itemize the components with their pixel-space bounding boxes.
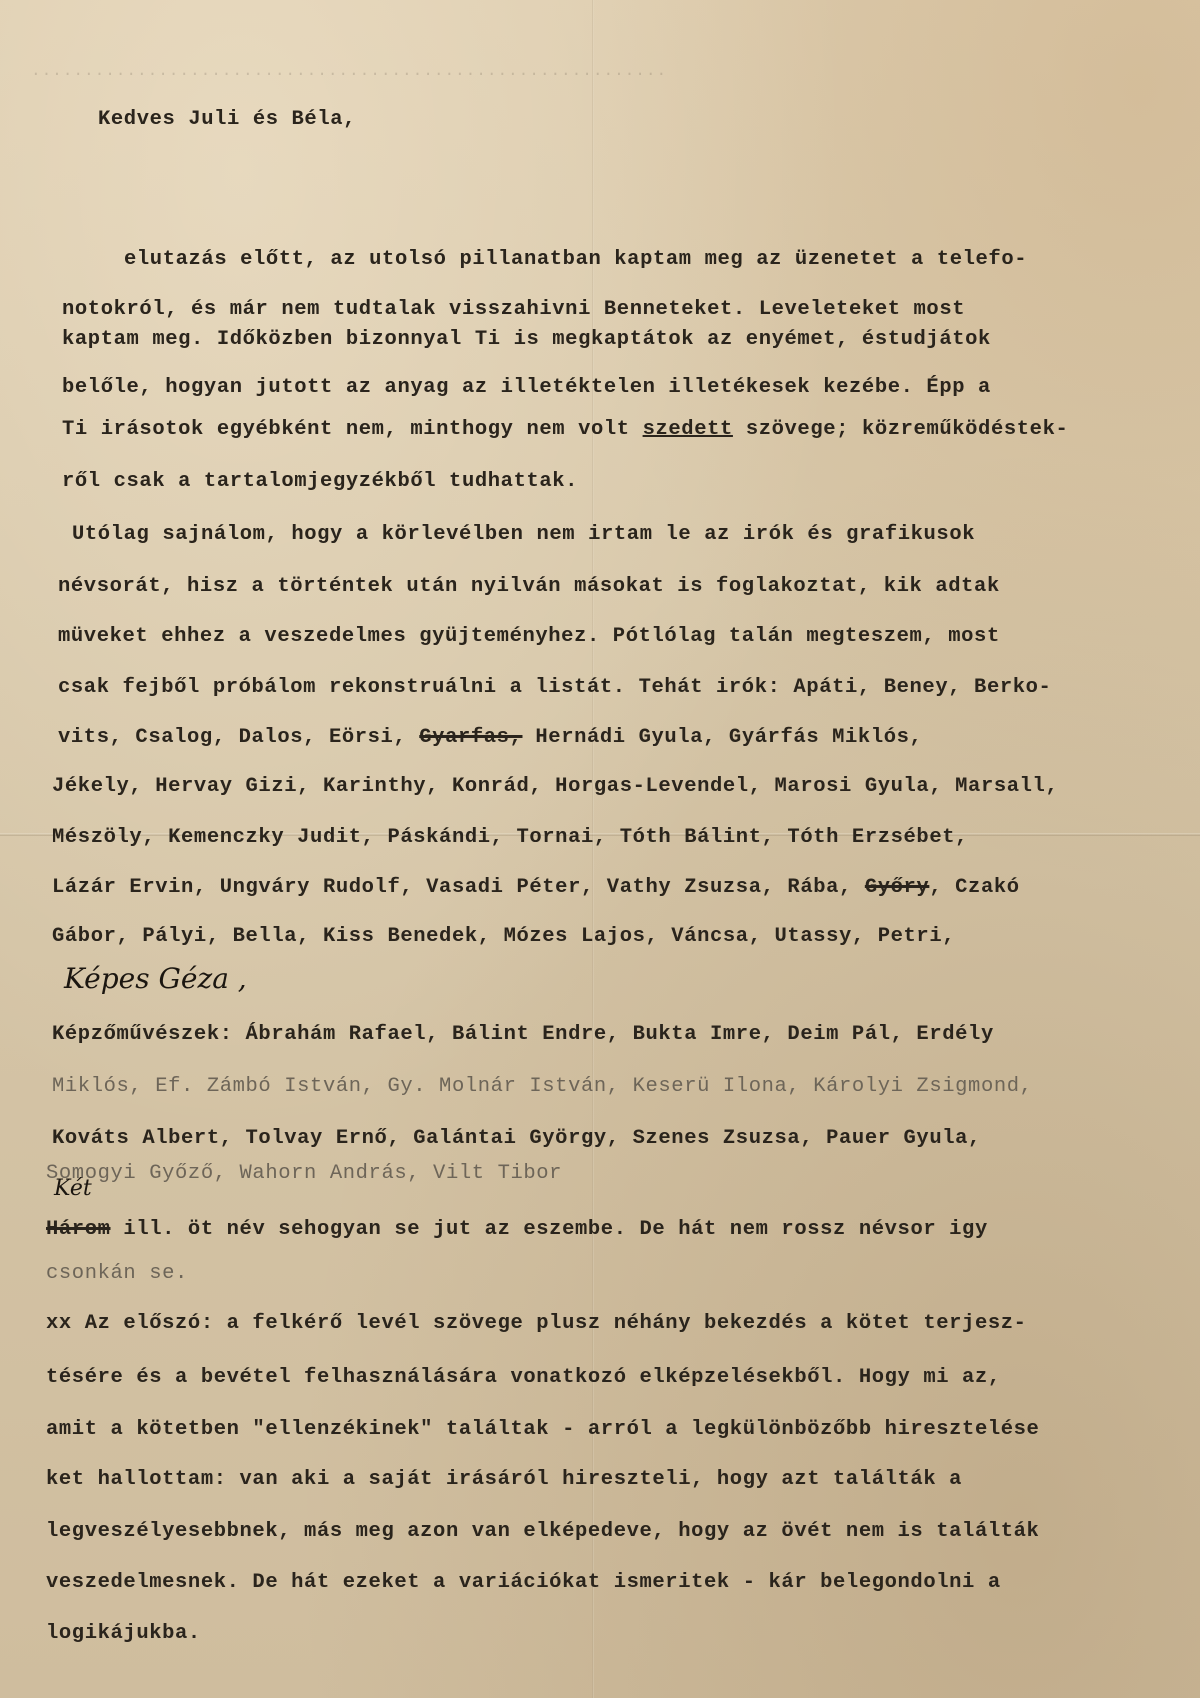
text-line: xx Az előszó: a felkérő levél szövege pl… (46, 1312, 1027, 1335)
text-line: Három ill. öt név sehogyan se jut az esz… (46, 1218, 988, 1241)
text-segment: Lázár Ervin, Ungváry Rudolf, Vasadi Péte… (52, 876, 865, 899)
text-segment: ill. öt név sehogyan se jut az eszembe. … (111, 1218, 988, 1241)
bleed-through-text: ........................................… (30, 62, 666, 80)
salutation: Kedves Juli és Béla, (98, 108, 356, 131)
text-line: csonkán se. (46, 1262, 188, 1285)
struck-word: Győry (865, 876, 930, 899)
text-line: ről csak a tartalomjegyzékből tudhattak. (62, 470, 578, 493)
text-segment: szövege; közreműködéstek- (733, 418, 1068, 441)
text-line: kaptam meg. Időközben bizonnyal Ti is me… (62, 328, 991, 351)
text-line: notokról, és már nem tudtalak visszahivn… (62, 298, 965, 321)
text-segment: Ti irásotok egyébként nem, minthogy nem … (62, 418, 643, 441)
text-line: Ti irásotok egyébként nem, minthogy nem … (62, 418, 1068, 441)
text-line: müveket ehhez a veszedelmes gyüjteményhe… (58, 625, 1000, 648)
text-line: Jékely, Hervay Gizi, Karinthy, Konrád, H… (52, 775, 1058, 798)
text-line: vits, Csalog, Dalos, Eörsi, Gyarfas, Her… (58, 726, 922, 749)
text-line: Mészöly, Kemenczky Judit, Páskándi, Torn… (52, 826, 968, 849)
text-line: Miklós, Ef. Zámbó István, Gy. Molnár Ist… (52, 1075, 1033, 1098)
underlined-word: szedett (643, 418, 733, 441)
text-line: Képzőművészek: Ábrahám Rafael, Bálint En… (52, 1023, 994, 1046)
text-line: veszedelmesnek. De hát ezeket a variáció… (46, 1571, 1001, 1594)
text-segment: vits, Csalog, Dalos, Eörsi, (58, 726, 419, 749)
text-line: legveszélyesebbnek, más meg azon van elk… (46, 1520, 1039, 1543)
handwritten-correction: Két (54, 1176, 92, 1201)
text-line: Somogyi Győző, Wahorn András, Vilt Tibor (46, 1162, 562, 1185)
struck-word: Három (46, 1218, 111, 1241)
text-line: Gábor, Pályi, Bella, Kiss Benedek, Mózes… (52, 925, 955, 948)
text-line: Kováts Albert, Tolvay Ernő, Galántai Gyö… (52, 1127, 981, 1150)
text-line: belőle, hogyan jutott az anyag az illeté… (62, 376, 991, 399)
text-line: névsorát, hisz a történtek után nyilván … (58, 575, 1000, 598)
text-line: logikájukba. (46, 1622, 201, 1645)
text-line: Utólag sajnálom, hogy a körlevélben nem … (72, 523, 975, 546)
text-line: csak fejből próbálom rekonstruálni a lis… (58, 676, 1051, 699)
text-line: Lázár Ervin, Ungváry Rudolf, Vasadi Péte… (52, 876, 1020, 899)
text-segment: , Czakó (929, 876, 1019, 899)
text-line: amit a kötetben "ellenzékinek" találtak … (46, 1418, 1039, 1441)
text-segment: Hernádi Gyula, Gyárfás Miklós, (522, 726, 922, 749)
struck-word: Gyarfas, (419, 726, 522, 749)
handwritten-addition: Képes Géza , (64, 962, 247, 995)
letter-page: ........................................… (0, 0, 1200, 1698)
text-line: ket hallottam: van aki a saját irásáról … (46, 1468, 962, 1491)
text-line: elutazás előtt, az utolsó pillanatban ka… (124, 248, 1027, 271)
text-line: tésére és a bevétel felhasználására vona… (46, 1366, 1001, 1389)
